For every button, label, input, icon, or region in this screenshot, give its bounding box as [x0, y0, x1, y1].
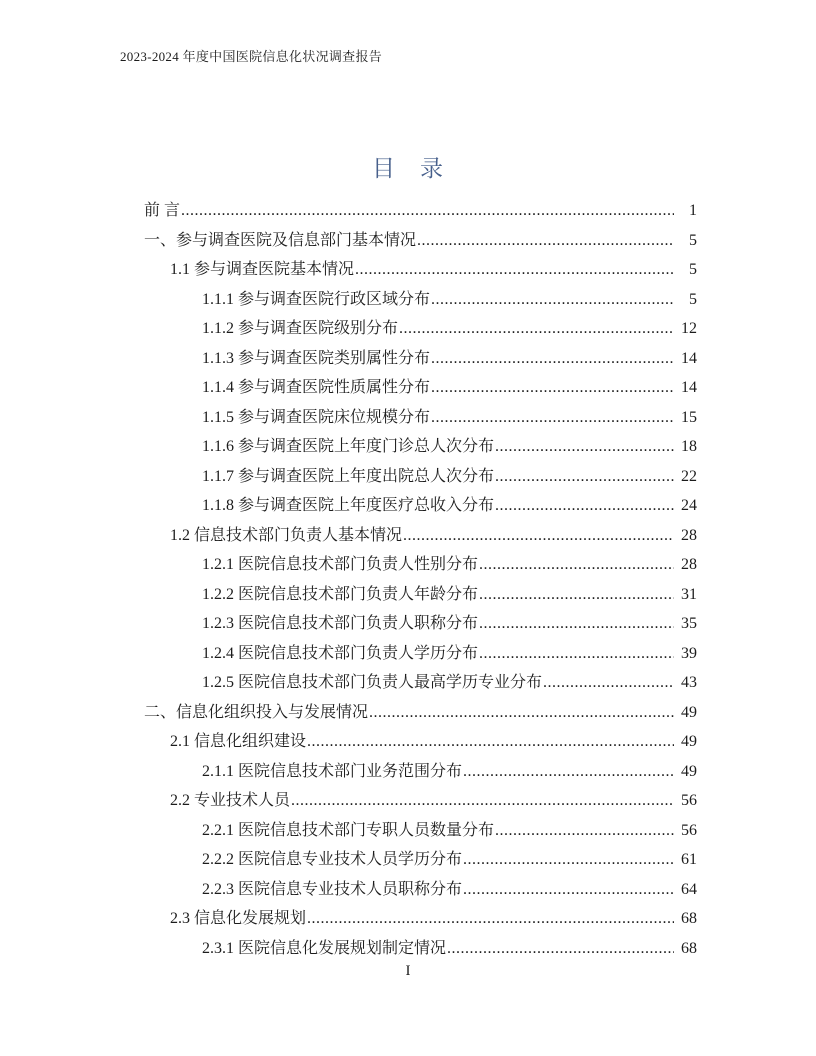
toc-dot-leader: ........................................… [543, 668, 674, 698]
toc-entry-label: 2.2.3 医院信息专业技术人员职称分布 [202, 875, 462, 905]
toc-entry-page-number: 28 [674, 521, 697, 551]
toc-entry[interactable]: 1.1.8 参与调查医院上年度医疗总收入分布 .................… [144, 491, 697, 521]
toc-dot-leader: ........................................… [495, 491, 674, 521]
document-page: 2023-2024 年度中国医院信息化状况调查报告 目 录 前 言 ......… [0, 0, 816, 1056]
toc-entry[interactable]: 1.1.1 参与调查医院行政区域分布 .....................… [144, 285, 697, 315]
toc-entry-page-number: 68 [674, 904, 697, 934]
toc-entry[interactable]: 2.2 专业技术人员 .............................… [144, 786, 697, 816]
toc-entry-label: 1.2.1 医院信息技术部门负责人性别分布 [202, 550, 478, 580]
toc-entry-label: 2.3.1 医院信息化发展规划制定情况 [202, 934, 446, 964]
toc-entry-page-number: 5 [674, 285, 697, 315]
toc-entry-page-number: 5 [674, 226, 697, 256]
toc-entry[interactable]: 一、参与调查医院及信息部门基本情况 ......................… [144, 226, 697, 256]
toc-dot-leader: ........................................… [479, 580, 674, 610]
toc-entry[interactable]: 1.1.7 参与调查医院上年度出院总人次分布 .................… [144, 462, 697, 492]
toc-title: 目 录 [0, 150, 816, 183]
toc-entry[interactable]: 二、信息化组织投入与发展情况 .........................… [144, 698, 697, 728]
toc-entry[interactable]: 1.1.3 参与调查医院类别属性分布 .....................… [144, 344, 697, 374]
page-header: 2023-2024 年度中国医院信息化状况调查报告 [120, 46, 382, 65]
toc-entry-label: 2.3 信息化发展规划 [170, 904, 306, 934]
toc-entry[interactable]: 1.1.5 参与调查医院床位规模分布 .....................… [144, 403, 697, 433]
toc-entry[interactable]: 2.2.2 医院信息专业技术人员学历分布 ...................… [144, 845, 697, 875]
toc-entry-label: 2.1.1 医院信息技术部门业务范围分布 [202, 757, 462, 787]
toc-entry-page-number: 64 [674, 875, 697, 905]
toc-dot-leader: ........................................… [431, 285, 674, 315]
toc-entry-page-number: 15 [674, 403, 697, 433]
toc-dot-leader: ........................................… [399, 314, 674, 344]
toc-entry-page-number: 14 [674, 344, 697, 374]
toc-entry-page-number: 61 [674, 845, 697, 875]
toc-entry-label: 2.2.2 医院信息专业技术人员学历分布 [202, 845, 462, 875]
toc-entry-page-number: 28 [674, 550, 697, 580]
toc-entry-label: 1.2.5 医院信息技术部门负责人最高学历专业分布 [202, 668, 542, 698]
toc-entry-page-number: 12 [674, 314, 697, 344]
toc-entry-page-number: 35 [674, 609, 697, 639]
toc-entry-label: 1.2.3 医院信息技术部门负责人职称分布 [202, 609, 478, 639]
toc-dot-leader: ........................................… [495, 816, 674, 846]
toc-entry-page-number: 24 [674, 491, 697, 521]
toc-entry[interactable]: 前 言 ....................................… [144, 196, 697, 226]
toc-dot-leader: ........................................… [431, 403, 674, 433]
toc-entry-label: 2.2.1 医院信息技术部门专职人员数量分布 [202, 816, 494, 846]
toc-entry-label: 1.1.1 参与调查医院行政区域分布 [202, 285, 430, 315]
toc-dot-leader: ........................................… [181, 196, 674, 226]
toc-entry-label: 1.2.2 医院信息技术部门负责人年龄分布 [202, 580, 478, 610]
toc-dot-leader: ........................................… [307, 727, 674, 757]
toc-dot-leader: ........................................… [307, 904, 674, 934]
toc-dot-leader: ........................................… [495, 462, 674, 492]
toc-entry-page-number: 18 [674, 432, 697, 462]
toc-entry-page-number: 14 [674, 373, 697, 403]
toc-entry-label: 1.1.5 参与调查医院床位规模分布 [202, 403, 430, 433]
toc-entry-page-number: 49 [674, 757, 697, 787]
toc-dot-leader: ........................................… [417, 226, 674, 256]
page-footer-number: I [0, 963, 816, 980]
toc-entry-label: 1.1 参与调查医院基本情况 [170, 255, 354, 285]
toc-entry[interactable]: 2.1 信息化组织建设 ............................… [144, 727, 697, 757]
toc-dot-leader: ........................................… [479, 639, 674, 669]
toc-entry-label: 1.1.7 参与调查医院上年度出院总人次分布 [202, 462, 494, 492]
toc-entry[interactable]: 1.1.6 参与调查医院上年度门诊总人次分布 .................… [144, 432, 697, 462]
toc-entry[interactable]: 1.2.5 医院信息技术部门负责人最高学历专业分布 ..............… [144, 668, 697, 698]
toc-entry-page-number: 43 [674, 668, 697, 698]
toc-entry-label: 1.1.3 参与调查医院类别属性分布 [202, 344, 430, 374]
toc-entry[interactable]: 1.1 参与调查医院基本情况 .........................… [144, 255, 697, 285]
toc-dot-leader: ........................................… [479, 550, 674, 580]
toc-dot-leader: ........................................… [431, 344, 674, 374]
toc-dot-leader: ........................................… [463, 757, 674, 787]
toc-entry[interactable]: 1.1.2 参与调查医院级别分布 .......................… [144, 314, 697, 344]
toc-entry-label: 1.2.4 医院信息技术部门负责人学历分布 [202, 639, 478, 669]
toc-dot-leader: ........................................… [463, 875, 674, 905]
toc-entry[interactable]: 1.2.1 医院信息技术部门负责人性别分布 ..................… [144, 550, 697, 580]
toc-entry-label: 1.1.6 参与调查医院上年度门诊总人次分布 [202, 432, 494, 462]
toc-dot-leader: ........................................… [403, 521, 674, 551]
toc-dot-leader: ........................................… [479, 609, 674, 639]
toc-entry[interactable]: 1.2 信息技术部门负责人基本情况 ......................… [144, 521, 697, 551]
toc-entry-label: 前 言 [144, 196, 180, 226]
toc-entry[interactable]: 2.3.1 医院信息化发展规划制定情况 ....................… [144, 934, 697, 964]
toc-entry-page-number: 56 [674, 786, 697, 816]
toc-entry[interactable]: 2.3 信息化发展规划 ............................… [144, 904, 697, 934]
toc-entry[interactable]: 2.2.1 医院信息技术部门专职人员数量分布 .................… [144, 816, 697, 846]
toc-entry[interactable]: 1.2.2 医院信息技术部门负责人年龄分布 ..................… [144, 580, 697, 610]
toc-entry-page-number: 49 [674, 698, 697, 728]
toc-entry-page-number: 56 [674, 816, 697, 846]
toc-entry-label: 1.1.4 参与调查医院性质属性分布 [202, 373, 430, 403]
toc-entry-label: 1.2 信息技术部门负责人基本情况 [170, 521, 402, 551]
toc-dot-leader: ........................................… [355, 255, 674, 285]
toc-entry-page-number: 68 [674, 934, 697, 964]
toc-entry-page-number: 39 [674, 639, 697, 669]
toc-entry-page-number: 22 [674, 462, 697, 492]
toc-dot-leader: ........................................… [431, 373, 674, 403]
toc-entry-label: 2.1 信息化组织建设 [170, 727, 306, 757]
toc-list: 前 言 ....................................… [144, 196, 697, 963]
toc-entry-label: 1.1.2 参与调查医院级别分布 [202, 314, 398, 344]
toc-entry[interactable]: 2.1.1 医院信息技术部门业务范围分布 ...................… [144, 757, 697, 787]
toc-entry-label: 1.1.8 参与调查医院上年度医疗总收入分布 [202, 491, 494, 521]
toc-entry-label: 二、信息化组织投入与发展情况 [144, 698, 368, 728]
toc-entry[interactable]: 1.1.4 参与调查医院性质属性分布 .....................… [144, 373, 697, 403]
toc-entry-label: 一、参与调查医院及信息部门基本情况 [144, 226, 416, 256]
toc-entry[interactable]: 1.2.4 医院信息技术部门负责人学历分布 ..................… [144, 639, 697, 669]
toc-dot-leader: ........................................… [495, 432, 674, 462]
toc-entry[interactable]: 2.2.3 医院信息专业技术人员职称分布 ...................… [144, 875, 697, 905]
toc-entry[interactable]: 1.2.3 医院信息技术部门负责人职称分布 ..................… [144, 609, 697, 639]
toc-dot-leader: ........................................… [369, 698, 674, 728]
toc-entry-label: 2.2 专业技术人员 [170, 786, 290, 816]
toc-entry-page-number: 31 [674, 580, 697, 610]
toc-entry-page-number: 5 [674, 255, 697, 285]
toc-entry-page-number: 1 [674, 196, 697, 226]
toc-dot-leader: ........................................… [463, 845, 674, 875]
toc-dot-leader: ........................................… [447, 934, 674, 964]
toc-dot-leader: ........................................… [291, 786, 674, 816]
toc-entry-page-number: 49 [674, 727, 697, 757]
